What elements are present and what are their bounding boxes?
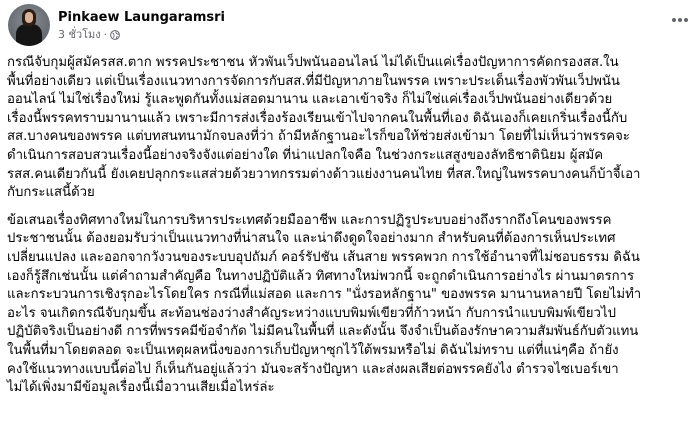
post-meta: Pinkaew Laungaramsri 3 ชั่วโมง · [58, 9, 225, 42]
post-text-line: คงใช้แนวทางแบบนี้ต่อไป ก็เห็นกันอยู่แล้ว… [7, 361, 697, 380]
post-timestamp[interactable]: 3 ชั่วโมง [58, 28, 101, 42]
more-options-button[interactable] [672, 18, 688, 22]
post-body: กรณีจับกุมผู้สมัครสส.ตาก พรรคประชาชน หัว… [7, 54, 697, 398]
post-text-line: ข้อเสนอเรื่องทิศทางใหม่ในการบริหารประเทศ… [7, 212, 697, 231]
post-subline: 3 ชั่วโมง · [58, 28, 225, 42]
separator-dot: · [104, 28, 108, 42]
ellipsis-icon-dot [672, 18, 676, 22]
post-text-line: พื้นที่อย่างเดียว แต่เป็นเรื่องแนวทางการ… [7, 73, 697, 92]
facebook-post: Pinkaew Laungaramsri 3 ชั่วโมง · กรณีจับ… [0, 0, 700, 431]
globe-icon[interactable] [110, 30, 120, 40]
post-text-line: สส.บางคนของพรรค แต่บทสนทนามักจบลงที่ว่า … [7, 128, 697, 147]
post-text-line: ออนไลน์ ไม่ใช่เรื่องใหม่ รู้และพูดกันทั้… [7, 91, 697, 110]
avatar-figure-face [25, 12, 33, 23]
avatar-figure-body [16, 24, 42, 46]
post-text-line: ในพื้นที่มาโดยตลอด จะเป็นเหตุผลหนึ่งของก… [7, 342, 697, 361]
post-text-line: เรื่องนี้พรรคทราบมานานแล้ว เพราะมีการส่ง… [7, 110, 697, 129]
ellipsis-icon-dot [678, 18, 682, 22]
post-text-line: ประชาชนนั้น ต้องยอมรับว่าเป็นแนวทางที่น่… [7, 230, 697, 249]
post-text-line: และกระบวนการเชิงรุกอะไรโดยใคร กรณีที่แม่… [7, 286, 697, 305]
post-paragraph-2: ข้อเสนอเรื่องทิศทางใหม่ในการบริหารประเทศ… [7, 212, 697, 398]
ellipsis-icon-dot [684, 18, 688, 22]
post-text-line: ปฏิบัติจริงเป็นอย่างดี การที่พรรคมีข้อจำ… [7, 323, 697, 342]
post-text-line: ดำเนินการสอบสวนเรื่องนี้อย่างจริงจังแต่อ… [7, 147, 697, 166]
post-text-line: รสส.คนเดียวกันนี้ ยังเคยปลุกกระแสส่วยด้ว… [7, 166, 697, 185]
post-text-line: เปลี่ยนแปลง และออกจากวังวนของระบบอุปถัมภ… [7, 249, 697, 268]
post-text-line: เองก็รู้สึกเช่นนั้น แต่คำถามสำคัญคือ ในท… [7, 268, 697, 287]
post-text-line: กับกระแสนี้ด้วย [7, 184, 697, 203]
post-paragraph-1: กรณีจับกุมผู้สมัครสส.ตาก พรรคประชาชน หัว… [7, 54, 697, 203]
author-name[interactable]: Pinkaew Laungaramsri [58, 10, 225, 26]
post-header: Pinkaew Laungaramsri 3 ชั่วโมง · [8, 4, 225, 46]
author-avatar[interactable] [8, 4, 50, 46]
post-text-line: กรณีจับกุมผู้สมัครสส.ตาก พรรคประชาชน หัว… [7, 54, 697, 73]
post-text-line: อะไร จนเกิดกรณีจับกุมขึ้น สะท้อนช่องว่าง… [7, 305, 697, 324]
post-text-line: ไม่ได้เพิ่งมามีข้อมูลเรื่องนี้เมื่อวานเส… [7, 379, 697, 398]
